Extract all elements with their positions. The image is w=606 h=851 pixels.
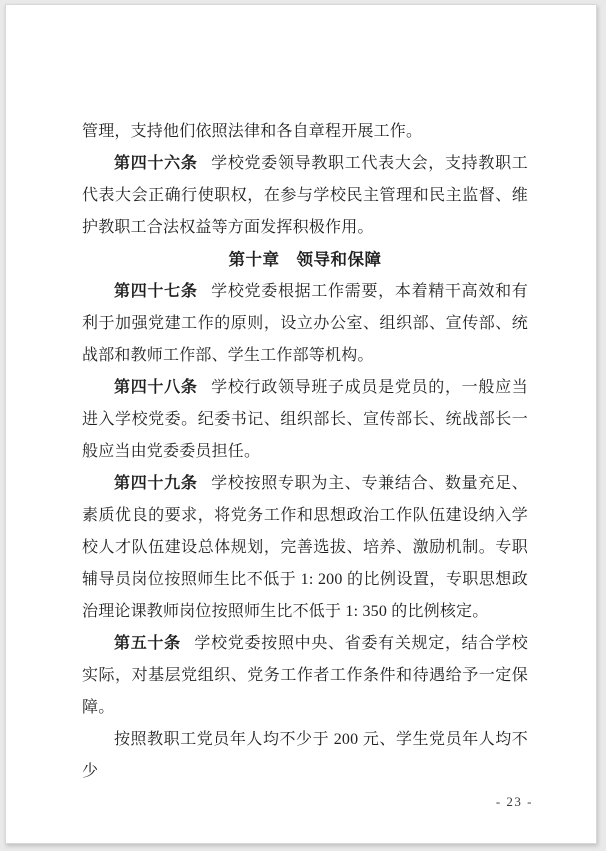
document-body: 管理，支持他们依照法律和各自章程开展工作。 第四十六条学校党委领导教职工代表大会… [82, 116, 528, 788]
article-48: 第四十八条学校行政领导班子成员是党员的，一般应当进入学校党委。纪委书记、组织部长… [82, 372, 528, 468]
page-number: - 23 - [496, 794, 533, 810]
paragraph-funding: 按照教职工党员年人均不少于 200 元、学生党员年人均不少 [82, 724, 528, 788]
article-49-number: 第四十九条 [114, 475, 198, 492]
article-46-number: 第四十六条 [114, 155, 198, 172]
article-50-number: 第五十条 [114, 635, 181, 652]
article-47-number: 第四十七条 [114, 283, 198, 300]
article-50: 第五十条学校党委按照中央、省委有关规定，结合学校实际，对基层党组织、党务工作者工… [82, 628, 528, 724]
article-46: 第四十六条学校党委领导教职工代表大会，支持教职工代表大会正确行使职权，在参与学校… [82, 148, 528, 244]
article-49: 第四十九条学校按照专职为主、专兼结合、数量充足、素质优良的要求，将党务工作和思想… [82, 468, 528, 628]
paragraph-continuation: 管理，支持他们依照法律和各自章程开展工作。 [82, 116, 528, 148]
document-viewer: 管理，支持他们依照法律和各自章程开展工作。 第四十六条学校党委领导教职工代表大会… [0, 0, 606, 851]
article-49-text: 学校按照专职为主、专兼结合、数量充足、素质优良的要求，将党务工作和思想政治工作队… [82, 475, 528, 620]
chapter-heading: 第十章 领导和保障 [82, 244, 528, 276]
article-47: 第四十七条学校党委根据工作需要，本着精干高效和有利于加强党建工作的原则，设立办公… [82, 276, 528, 372]
article-48-number: 第四十八条 [114, 379, 198, 396]
document-page: 管理，支持他们依照法律和各自章程开展工作。 第四十六条学校党委领导教职工代表大会… [5, 4, 597, 844]
